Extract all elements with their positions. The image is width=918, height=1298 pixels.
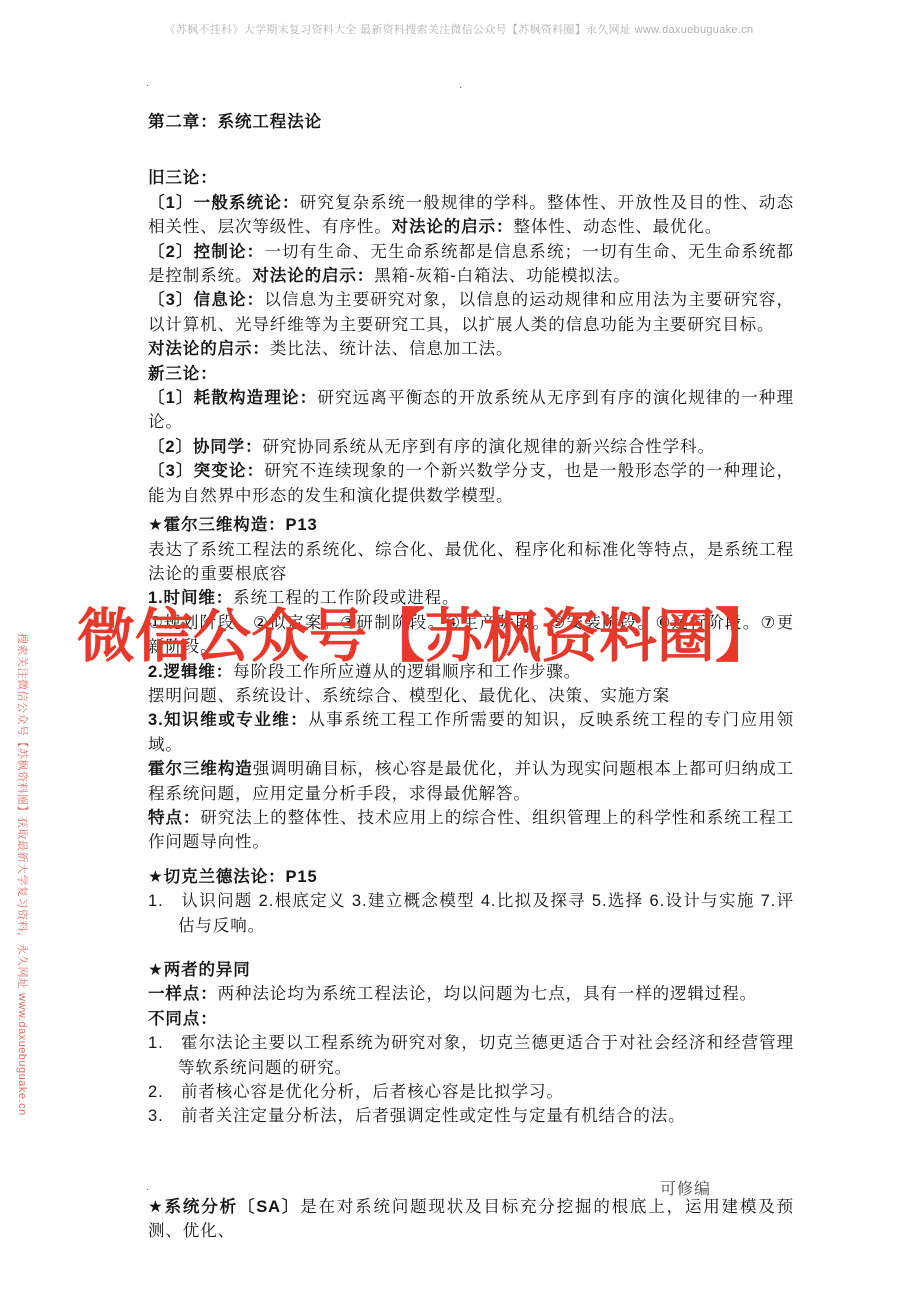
watermark-vertical: 搜索关注微信公众号【苏枫资料圈】获取最新大学复习资料，永久网址 www.daxu… [11, 633, 33, 1093]
text-run: 表达了系统工程法的系统化、综合化、最优化、程序化和标准化等特点，是系统工程法论的… [148, 541, 794, 583]
text-run: 类比法、统计法、信息加工法。 [270, 340, 514, 358]
information-theory-implication: 对法论的启示：类比法、统计法、信息加工法。 [148, 337, 794, 361]
text-run: 2. 前者核心容是优化分析，后者核心容是比拟学习。 [148, 1083, 564, 1101]
general-systems-theory: 〔1〕一般系统论：研究复杂系统一般规律的学科。整体性、开放性及目的性、动态相关性… [148, 191, 794, 240]
system-analysis: ★系统分析〔SA〕是在对系统问题现状及目标充分挖掘的根底上，运用建模及预测、优化… [148, 1195, 794, 1244]
hall-features: 特点：研究法上的整体性、技术应用上的综合性、组织管理上的科学性和系统工程工作问题… [148, 806, 794, 855]
bold-text-run: ★系统分析〔SA〕 [148, 1198, 300, 1216]
cybernetics: 〔2〕控制论：一切有生命、无生命系统都是信息系统；一切有生命、无生命系统都是控制… [148, 240, 794, 289]
bold-text-run: 新三论： [148, 365, 218, 383]
top-promo-banner: 《苏枫不挂科》大学期末复习资料大全 最新资料搜索关注微信公众号【苏枫资料圈】永久… [0, 21, 918, 37]
dissipative-structure-theory: 〔1〕耗散构造理论：研究远离平衡态的开放系统从无序到有序的演化规律的一种理论。 [148, 386, 794, 435]
document-content: 第二章：系统工程法论旧三论：〔1〕一般系统论：研究复杂系统一般规律的学科。整体性… [148, 110, 794, 1244]
bold-text-run: 〔3〕突变论： [148, 462, 264, 480]
hall-three-dimensions-heading: ★霍尔三维构造：P13 [148, 513, 794, 537]
bold-text-run: 特点： [148, 809, 200, 827]
bold-text-run: ★两者的异同 [148, 961, 251, 979]
checkland-heading: ★切克兰德法论：P15 [148, 865, 794, 889]
bold-text-run: 〔1〕耗散构造理论： [148, 389, 317, 407]
similarities: 一样点：两种法论均为系统工程法论，均以问题为七点，具有一样的逻辑过程。 [148, 982, 794, 1006]
hall-three-dimensions-intro: 表达了系统工程法的系统化、综合化、最优化、程序化和标准化等特点，是系统工程法论的… [148, 538, 794, 587]
bold-text-run: ★切克兰德法论：P15 [148, 868, 318, 886]
knowledge-dimension: 3.知识维或专业维：从事系统工程工作所需要的知识，反映系统工程的专门应用领域。 [148, 708, 794, 757]
text-run: 研究法上的整体性、技术应用上的综合性、组织管理上的科学性和系统工程工作问题导向性… [148, 809, 794, 851]
text-run: 摆明问题、系统设计、系统综合、模型化、最优化、决策、实施方案 [148, 687, 670, 705]
bold-text-run: 一样点： [148, 985, 218, 1003]
differences-heading: 不同点： [148, 1007, 794, 1031]
text-run: 两种法论均为系统工程法论，均以问题为七点，具有一样的逻辑过程。 [218, 985, 757, 1003]
difference-3: 3. 前者关注定量分析法，后者强调定性或定性与定量有机结合的法。 [148, 1104, 794, 1128]
difference-1: 1. 霍尔法论主要以工程系统为研究对象，切克兰德更适合于对社会经济和经营管理等软… [148, 1031, 794, 1080]
text-run: 1. 霍尔法论主要以工程系统为研究对象，切克兰德更适合于对社会经济和经营管理等软… [148, 1034, 794, 1076]
bold-text-run: 3.知识维或专业维： [148, 711, 308, 729]
old-three-theories-heading: 旧三论： [148, 166, 794, 190]
catastrophe-theory: 〔3〕突变论：研究不连续现象的一个新兴数学分支，也是一般形态学的一种理论，能为自… [148, 459, 794, 508]
difference-2: 2. 前者核心容是优化分析，后者核心容是比拟学习。 [148, 1080, 794, 1104]
text-run: 1. 认识问题 2.根底定义 3.建立概念模型 4.比拟及探寻 5.选择 6.设… [148, 892, 794, 934]
watermark-horizontal: 微信公众号【苏枫资料圈】 [77, 604, 773, 670]
stray-dot: . [459, 80, 462, 88]
footer-editable-label: 可修编 [660, 1176, 711, 1199]
stray-dot: . [146, 78, 149, 86]
text-run: 整体性、动态性、最优化。 [513, 218, 722, 236]
bold-text-run: 旧三论： [148, 169, 218, 187]
new-three-theories-heading: 新三论： [148, 362, 794, 386]
bold-text-run: 〔2〕协同学： [148, 438, 262, 456]
bold-text-run: 不同点： [148, 1010, 218, 1028]
text-run: 黑箱-灰箱-白箱法、功能模拟法。 [374, 267, 630, 285]
logic-dimension-steps: 摆明问题、系统设计、系统综合、模型化、最优化、决策、实施方案 [148, 684, 794, 708]
bold-text-run: 对法论的启示： [392, 218, 514, 236]
bold-text-run: 〔1〕一般系统论： [148, 194, 300, 212]
bold-text-run: 〔2〕控制论： [148, 243, 264, 261]
document-page: 《苏枫不挂科》大学期末复习资料大全 最新资料搜索关注微信公众号【苏枫资料圈】永久… [0, 0, 918, 1298]
bold-text-run: ★霍尔三维构造：P13 [148, 516, 318, 534]
chapter-title: 第二章：系统工程法论 [148, 110, 794, 134]
bold-text-run: 第二章：系统工程法论 [148, 113, 322, 131]
text-run: 3. 前者关注定量分析法，后者强调定性或定性与定量有机结合的法。 [148, 1107, 686, 1125]
information-theory: 〔3〕信息论：以信息为主要研究对象，以信息的运动规律和应用法为主要研究容，以计算… [148, 288, 794, 337]
bold-text-run: 〔3〕信息论： [148, 291, 264, 309]
bold-text-run: 对法论的启示： [252, 267, 374, 285]
text-run: 研究协同系统从无序到有序的演化规律的新兴综合性学科。 [262, 438, 714, 456]
similarities-differences-heading: ★两者的异同 [148, 958, 794, 982]
hall-emphasis: 霍尔三维构造强调明确目标，核心容是最优化，并认为现实问题根本上都可归纳成工程系统… [148, 757, 794, 806]
bold-text-run: 霍尔三维构造 [148, 760, 253, 778]
bold-text-run: 对法论的启示： [148, 340, 270, 358]
synergetics: 〔2〕协同学：研究协同系统从无序到有序的演化规律的新兴综合性学科。 [148, 435, 794, 459]
checkland-steps: 1. 认识问题 2.根底定义 3.建立概念模型 4.比拟及探寻 5.选择 6.设… [148, 889, 794, 938]
